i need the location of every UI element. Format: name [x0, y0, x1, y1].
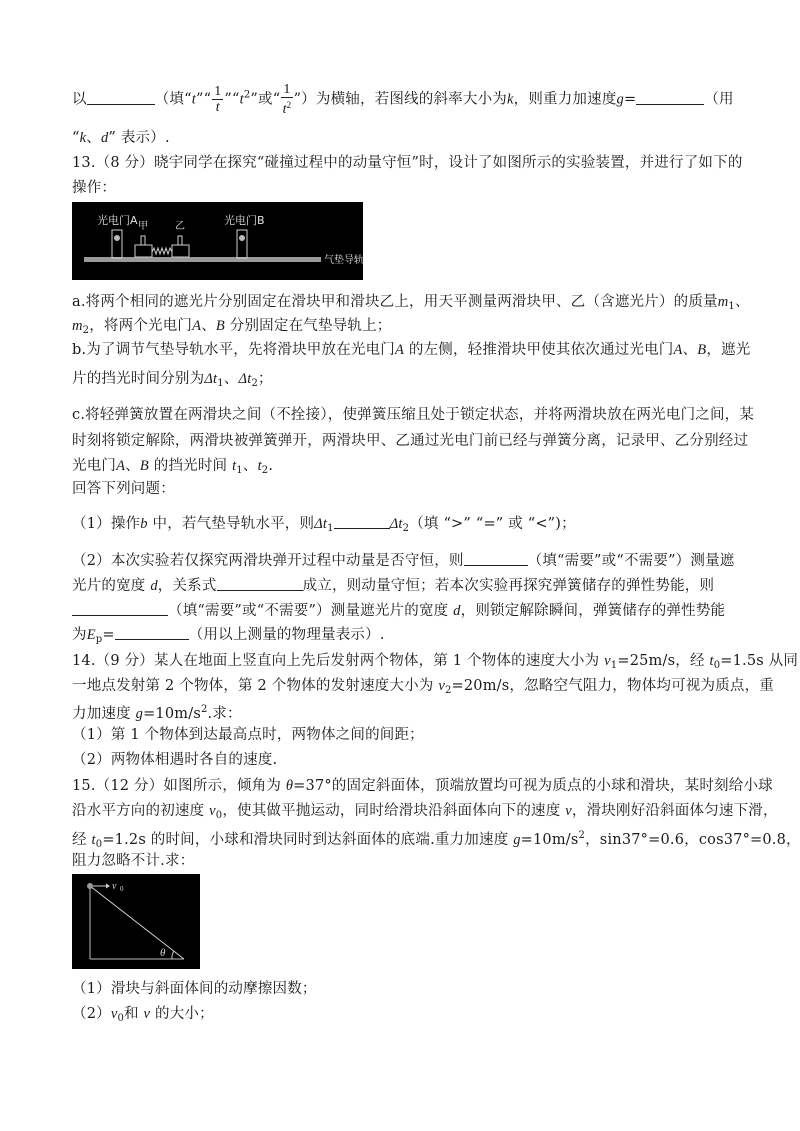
q13-step-c-line2: 时刻将锁定解除，两滑块被弹簧弹开，两滑块甲、乙通过光电门前已经与弹簧分离，记录甲…	[72, 431, 748, 451]
text: ”“	[224, 92, 239, 108]
text: （1）操作	[72, 516, 140, 532]
text: 成立，则动量守恒；若本次实验再探究弹簧储存的弹性势能，则	[303, 578, 715, 594]
answer-blank[interactable]	[87, 90, 155, 105]
text: =	[624, 92, 636, 108]
text: （填“需要”或“不需要”）测量遮	[528, 553, 735, 569]
text: 中，若气垫导轨水平，则	[153, 516, 315, 532]
text: =	[102, 627, 114, 643]
value: =1.2s	[102, 832, 146, 848]
slider-yi-label: 乙	[175, 220, 185, 232]
text: 的左侧，轻推滑块甲使其依次通过光电门	[409, 342, 674, 358]
q12-line2: “k、d” 表示）.	[72, 128, 170, 148]
q14-sub2: （2）两物体相遇时各自的速度.	[72, 750, 277, 770]
text: 的大小；	[155, 1006, 214, 1022]
q13-step-a-line2: m2，将两个光电门A、B 分别固定在气垫导轨上；	[72, 316, 391, 341]
text: ”“	[196, 92, 211, 108]
var-B: B	[216, 318, 225, 334]
text: （用	[704, 92, 733, 108]
var-delta-t: Δt	[239, 371, 252, 387]
answer-blank[interactable]	[217, 576, 303, 591]
var-d: d	[150, 578, 157, 594]
var-v: v	[144, 1006, 151, 1022]
text: .	[268, 458, 273, 474]
value: =20m/s	[452, 678, 510, 694]
text: ”）为横轴，若图线的斜率大小为	[294, 92, 507, 108]
var-delta-t: Δt	[390, 516, 403, 532]
text: “	[72, 130, 80, 146]
exponent: 2	[287, 100, 292, 110]
text: 的挡光时间	[154, 458, 228, 474]
q13-step-a-line1: a.将两个相同的遮光片分别固定在滑块甲和滑块乙上，用天平测量两滑块甲、乙（含遮光…	[72, 292, 750, 317]
text: 的时间，小球和滑块同时到达斜面体的底端.重力加速度	[151, 832, 509, 848]
text: （填“	[155, 92, 192, 108]
q15-sub1: （1）滑块与斜面体间的动摩擦因数；	[72, 979, 317, 999]
text: 力加速度	[72, 706, 131, 722]
q13-step-b-line1: b.为了调节气垫导轨水平，先将滑块甲放在光电门A 的左侧，轻推滑块甲使其依次通过…	[72, 340, 750, 360]
text: 和	[124, 1006, 139, 1022]
answer-blank[interactable]	[636, 90, 704, 105]
text: 一地点发射第 2 个物体，第 2 个物体的发射速度大小为	[72, 678, 434, 694]
q14-line3: 力加速度 g=10m/s2.求：	[72, 700, 242, 724]
q13-header: 13.（8 分）晓宇同学在探究“碰撞过程中的动量守恒”时，设计了如图所示的实验装…	[72, 153, 743, 173]
q13-answer-intro: 回答下列问题：	[72, 479, 175, 499]
q14-line2: 一地点发射第 2 个物体，第 2 个物体的发射速度大小为 v2=20m/s，忽略…	[72, 676, 774, 701]
text: ，关系式	[158, 578, 217, 594]
var-g: g	[617, 92, 624, 108]
text: （填 “>” “=” 或 “<”)；	[409, 516, 576, 532]
denominator: t2	[283, 98, 292, 117]
q13-sub2-line3: （填“需要”或“不需要”）测量遮光片的宽度 d，则锁定解除瞬间，弹簧储存的弹性势…	[72, 601, 725, 621]
text: ，则锁定解除瞬间，弹簧储存的弹性势能	[461, 603, 726, 619]
text: ，sin37°=0.6，cos37°=0.8，空气	[585, 832, 800, 848]
text: 沿水平方向的初速度	[72, 803, 204, 819]
q13-header-cont: 操作：	[72, 178, 116, 198]
text: ，忽略空气阻力，物体均可视为质点，重	[509, 678, 774, 694]
text: 、	[201, 318, 216, 334]
var-v: v	[438, 678, 445, 694]
var-B: B	[140, 458, 149, 474]
text: 以	[72, 92, 87, 108]
text: 、	[683, 342, 698, 358]
value: =10m/s	[143, 706, 201, 722]
value: =37°	[293, 778, 332, 794]
theta-label: θ	[160, 947, 166, 959]
text: ，遮光	[706, 342, 750, 358]
q13-step-c-line1: c.将轻弹簧放置在两滑块之间（不拴接），使弹簧压缩且处于锁定状态，并将两滑块放在…	[72, 405, 754, 425]
var-g: g	[136, 706, 143, 722]
fraction-1-over-t: 1t	[212, 84, 223, 115]
text: 光电门	[72, 458, 116, 474]
answer-blank[interactable]	[72, 601, 168, 616]
text: 为	[72, 627, 87, 643]
var-A: A	[395, 342, 404, 358]
rail-label: 气垫导轨	[324, 253, 363, 266]
q15-line4: 阻力忽略不计.求：	[72, 851, 194, 871]
text: ，则重力加速度	[514, 92, 617, 108]
var-b: b	[140, 516, 147, 532]
gate-b-label: 光电门B	[224, 213, 265, 227]
value: =10m/s	[521, 832, 579, 848]
numerator: 1	[212, 84, 223, 100]
var-B: B	[697, 342, 706, 358]
v0-subscript: 0	[120, 885, 124, 893]
incline-surface	[90, 886, 184, 959]
var-A: A	[116, 458, 125, 474]
slider-jia-label: 甲	[138, 220, 148, 232]
text: ，使其做平抛运动，同时给滑块沿斜面体向下的速度	[222, 803, 560, 819]
answer-blank[interactable]	[115, 625, 189, 640]
text: ” 表示）.	[108, 130, 169, 146]
text: 分别固定在气垫导轨上；	[230, 318, 392, 334]
text: 、	[125, 458, 140, 474]
var-E: E	[87, 627, 96, 643]
q14-sub1: （1）第 1 个物体到达最高点时，两物体之间的间距；	[72, 725, 424, 745]
text: 、	[86, 130, 101, 146]
answer-blank[interactable]	[334, 514, 390, 529]
text: 片的挡光时间分别为	[72, 371, 204, 387]
text: 从同	[769, 653, 798, 669]
text: 14.（9 分）某人在地面上竖直向上先后发射两个物体，第 1 个物体的速度大小为	[72, 653, 599, 669]
air-track-diagram: 光电门A 甲 乙 光电门B 气垫导轨	[72, 202, 363, 280]
text: （填“需要”或“不需要”）测量遮光片的宽度	[168, 603, 448, 619]
text: 15.（12 分）如图所示，倾角为	[72, 778, 281, 794]
incline-figure: v 0 θ	[72, 874, 200, 969]
text: a.将两个相同的遮光片分别固定在滑块甲和滑块乙上，用天平测量两滑块甲、乙（含遮光…	[72, 294, 718, 310]
q15-line1: 15.（12 分）如图所示，倾角为 θ=37°的固定斜面体，顶端放置均可视为质点…	[72, 776, 773, 796]
var-m: m	[718, 294, 729, 310]
q15-line2: 沿水平方向的初速度 v0，使其做平抛运动，同时给滑块沿斜面体向下的速度 v，滑块…	[72, 801, 778, 826]
text: b.为了调节气垫导轨水平，先将滑块甲放在光电门	[72, 342, 395, 358]
var-v: v	[565, 803, 572, 819]
air-track-figure: 光电门A 甲 乙 光电门B 气垫导轨	[72, 202, 363, 280]
text: ；	[258, 371, 273, 387]
q13-sub1: （1）操作b 中，若气垫导轨水平，则Δt1Δt2（填 “>” “=” 或 “<”…	[72, 514, 576, 539]
text: 光片的宽度	[72, 578, 146, 594]
q13-step-c-line3: 光电门A、B 的挡光时间 t1、t2.	[72, 456, 273, 481]
value: =25m/s	[617, 653, 675, 669]
text: ，经	[675, 653, 704, 669]
text: ”或“	[250, 92, 280, 108]
text: .求：	[208, 706, 242, 722]
value: =1.5s	[720, 653, 764, 669]
numerator: 1	[281, 82, 292, 98]
text: ，将两个光电门	[89, 318, 192, 334]
angle-arc	[172, 951, 174, 959]
text: 的固定斜面体，顶端放置均可视为质点的小球和滑块，某时刻给小球	[332, 778, 773, 794]
text: 、	[735, 294, 750, 310]
incline-diagram: v 0 θ	[72, 874, 200, 969]
var-delta-t: Δt	[314, 516, 327, 532]
text: （2）本次实验若仅探究两滑块弹开过程中动量是否守恒，则	[72, 553, 464, 569]
q13-sub2-line4: 为Ep=（用以上测量的物理量表示）.	[72, 625, 385, 650]
var-v: v	[209, 803, 216, 819]
var-v: v	[604, 653, 611, 669]
q15-sub2: （2）v0和 v 的大小；	[72, 1004, 214, 1029]
q13-sub2-line2: 光片的宽度 d，关系式成立，则动量守恒；若本次实验再探究弹簧储存的弹性势能，则	[72, 576, 714, 596]
q13-sub2-line1: （2）本次实验若仅探究两滑块弹开过程中动量是否守恒，则（填“需要”或“不需要”）…	[72, 551, 734, 571]
ball	[87, 883, 93, 889]
fraction-1-over-t2: 1t2	[281, 82, 292, 117]
var-A: A	[192, 318, 201, 334]
text: （用以上测量的物理量表示）.	[189, 627, 385, 643]
text: 、	[224, 371, 239, 387]
var-m: m	[72, 318, 83, 334]
var-d: d	[453, 603, 460, 619]
var-k: k	[507, 92, 514, 108]
q12-line1: 以（填“t”“1t”“t2”或“1t2”）为横轴，若图线的斜率大小为k，则重力加…	[72, 82, 734, 117]
text: ，滑块刚好沿斜面体匀速下滑，	[572, 803, 778, 819]
var-delta-t: Δt	[204, 371, 217, 387]
denominator: t	[216, 100, 220, 115]
answer-blank[interactable]	[464, 551, 528, 566]
gate-a-label: 光电门A	[97, 213, 138, 227]
text: 经	[72, 832, 87, 848]
var-g: g	[513, 832, 520, 848]
text: （2）	[72, 1006, 111, 1022]
q13-step-b-line2: 片的挡光时间分别为Δt1、Δt2；	[72, 369, 273, 394]
spring	[152, 248, 172, 254]
var-A: A	[673, 342, 682, 358]
q14-line1: 14.（9 分）某人在地面上竖直向上先后发射两个物体，第 1 个物体的速度大小为…	[72, 651, 798, 676]
v0-label: v	[112, 881, 117, 892]
